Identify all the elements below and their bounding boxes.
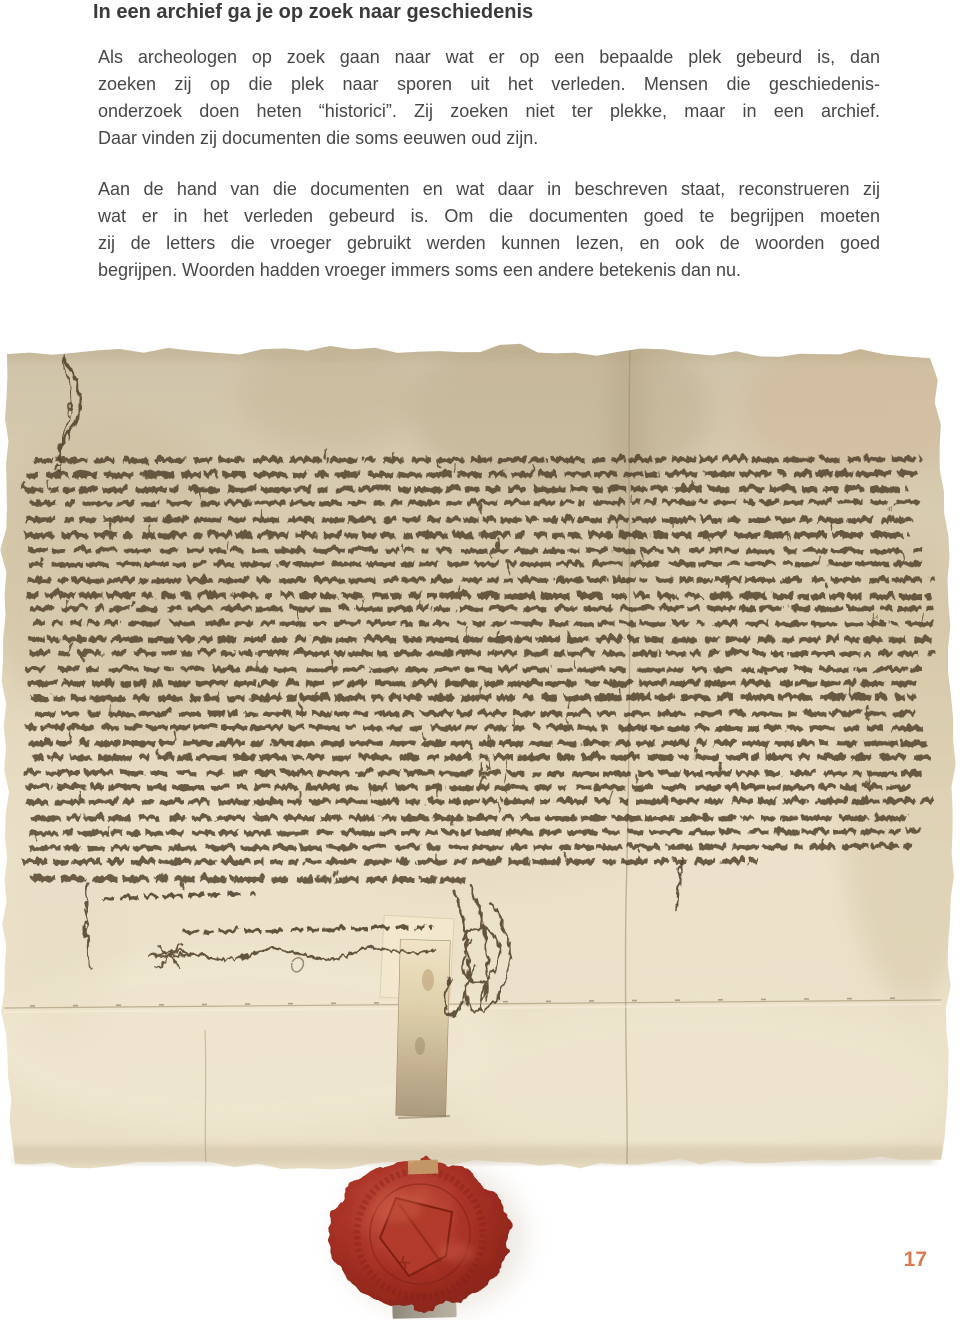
text-line: Daar vinden zij documenten die soms eeuw… (98, 125, 880, 152)
text-line: zij de letters die vroeger gebruikt werd… (98, 230, 880, 257)
intro-text: In een archief ga je op zoek naar geschi… (93, 0, 883, 284)
section-heading: In een archief ga je op zoek naar geschi… (93, 0, 883, 24)
text-line: Als archeologen op zoek gaan naar wat er… (98, 44, 880, 71)
charter-illustration (0, 340, 958, 1320)
page-number: 17 (904, 1248, 927, 1272)
paragraph-archief: Als archeologen op zoek gaan naar wat er… (98, 44, 880, 152)
wax-seal (330, 1159, 526, 1318)
text-line: zoeken zij op die plek naar sporen uit h… (98, 71, 880, 98)
text-line: Aan de hand van die documenten en wat da… (98, 176, 880, 203)
text-line: onderzoek doen heten “historici”. Zij zo… (98, 98, 880, 125)
text-line: wat er in het verleden gebeurd is. Om di… (98, 203, 880, 230)
paragraph-documenten: Aan de hand van die documenten en wat da… (98, 176, 880, 284)
text-line: begrijpen. Woorden hadden vroeger immers… (98, 257, 880, 284)
charter-photo (0, 340, 958, 1320)
seal-tag-through-fold (396, 939, 451, 1116)
